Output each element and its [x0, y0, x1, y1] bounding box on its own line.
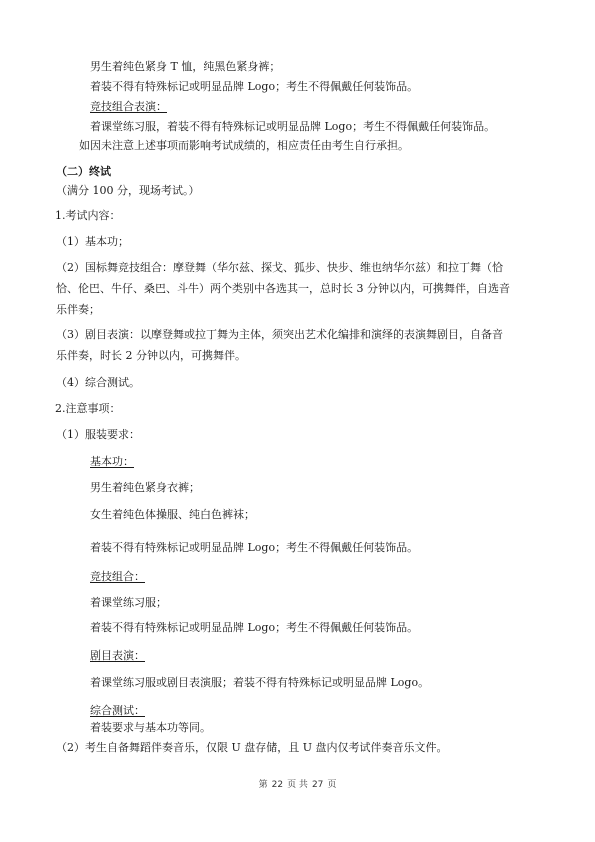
text-line: 着课堂练习服； [90, 596, 167, 610]
subsection-label: 竞技组合表演： [90, 100, 167, 114]
text-line: （1）基本功； [56, 235, 129, 249]
text-line: （2）国标舞竞技组合：摩登舞（华尔兹、探戈、狐步、快步、维也纳华尔兹）和拉丁舞（… [56, 261, 503, 275]
text-line: （满分 100 分，现场考试。） [56, 184, 200, 198]
text-line: 1.考试内容： [55, 209, 121, 223]
footer-current-page: 22 [272, 780, 283, 790]
text-line: 着装不得有特殊标记或明显品牌 Logo；考生不得佩戴任何装饰品。 [90, 80, 418, 94]
subsection-label: 基本功： [90, 455, 134, 469]
text-line: 男生着纯色紧身 T 恤，纯黑色紧身裤； [90, 60, 280, 74]
subsection-label: 剧目表演： [90, 649, 145, 663]
footer-total-pages: 27 [312, 780, 323, 790]
text-line: 2.注意事项： [55, 402, 121, 416]
text-line: 着装要求与基本功等同。 [90, 721, 211, 735]
text-line: 男生着纯色紧身衣裤； [90, 481, 200, 495]
text-line: 着装不得有特殊标记或明显品牌 Logo；考生不得佩戴任何装饰品。 [90, 621, 418, 635]
text-line: 着装不得有特殊标记或明显品牌 Logo；考生不得佩戴任何装饰品。 [90, 541, 418, 555]
text-line: （4）综合测试。 [56, 376, 140, 390]
text-line: （1）服装要求： [56, 428, 140, 442]
footer-prefix: 第 [259, 780, 268, 790]
text-line: 女生着纯色体操服、纯白色裤袜； [90, 508, 255, 522]
section-heading: （二）终试 [56, 165, 111, 179]
text-line: 乐伴奏； [56, 303, 100, 317]
text-line: 乐伴奏，时长 2 分钟以内，可携舞伴。 [56, 349, 246, 363]
text-line: 恰、伦巴、牛仔、桑巴、斗牛）两个类别中各选其一，总时长 3 分钟以内，可携舞伴，… [56, 282, 510, 296]
subsection-label: 综合测试： [90, 704, 145, 718]
text-line: 着课堂练习服，着装不得有特殊标记或明显品牌 Logo；考生不得佩戴任何装饰品。 [90, 120, 495, 134]
subsection-label: 竞技组合： [90, 570, 145, 584]
text-line: 着课堂练习服或剧目表演服；着装不得有特殊标记或明显品牌 Logo。 [90, 676, 429, 690]
footer-middle: 页 共 [287, 780, 308, 790]
text-line: （2）考生自备舞蹈伴奏音乐，仅限 U 盘存储，且 U 盘内仅考试伴奏音乐文件。 [56, 741, 448, 755]
text-line: 如因未注意上述事项而影响考试成绩的，相应责任由考生自行承担。 [79, 139, 409, 153]
footer-suffix: 页 [327, 780, 336, 790]
text-line: （3）剧目表演：以摩登舞或拉丁舞为主体，须突出艺术化编排和演绎的表演舞剧目，自备… [56, 328, 503, 342]
page-footer: 第22页 共27页 [0, 779, 595, 791]
